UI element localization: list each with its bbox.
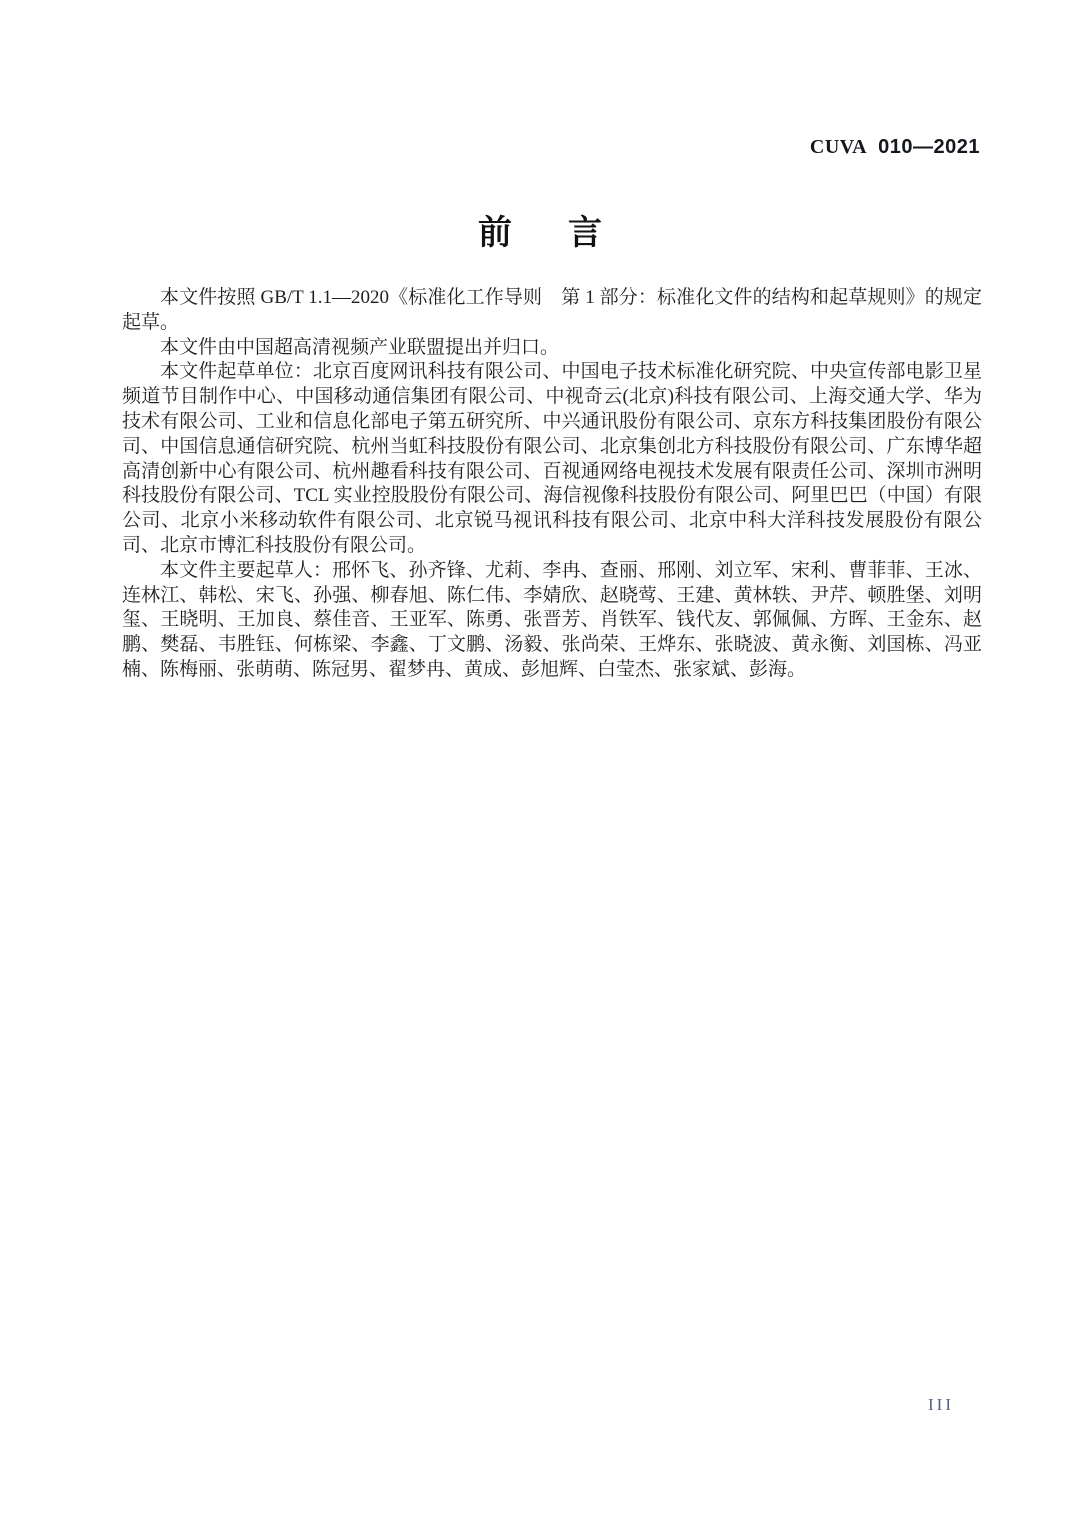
standard-org-abbreviation: CUVA <box>810 136 867 158</box>
document-page: CUVA 010—2021 前言 本文件按照 GB/T 1.1—2020《标准化… <box>0 0 1080 1527</box>
paragraph-proposing-body: 本文件由中国超高清视频产业联盟提出并归口。 <box>122 336 982 361</box>
standard-number: 010—2021 <box>878 136 980 158</box>
paragraph-drafting-basis: 本文件按照 GB/T 1.1—2020《标准化工作导则 第 1 部分：标准化文件… <box>122 286 982 336</box>
paragraph-main-drafters: 本文件主要起草人：邢怀飞、孙齐锋、尤莉、李冉、查丽、邢刚、刘立军、宋利、曹菲菲、… <box>122 559 982 683</box>
foreword-body: 本文件按照 GB/T 1.1—2020《标准化工作导则 第 1 部分：标准化文件… <box>122 286 982 683</box>
title-char-second: 言 <box>568 214 602 252</box>
page-title-foreword: 前言 <box>0 213 1080 253</box>
title-char-first: 前 <box>478 214 512 252</box>
paragraph-drafting-organizations: 本文件起草单位：北京百度网讯科技有限公司、中国电子技术标准化研究院、中央宣传部电… <box>122 360 982 558</box>
page-number: III <box>928 1395 954 1415</box>
standard-code-header: CUVA 010—2021 <box>810 136 980 159</box>
